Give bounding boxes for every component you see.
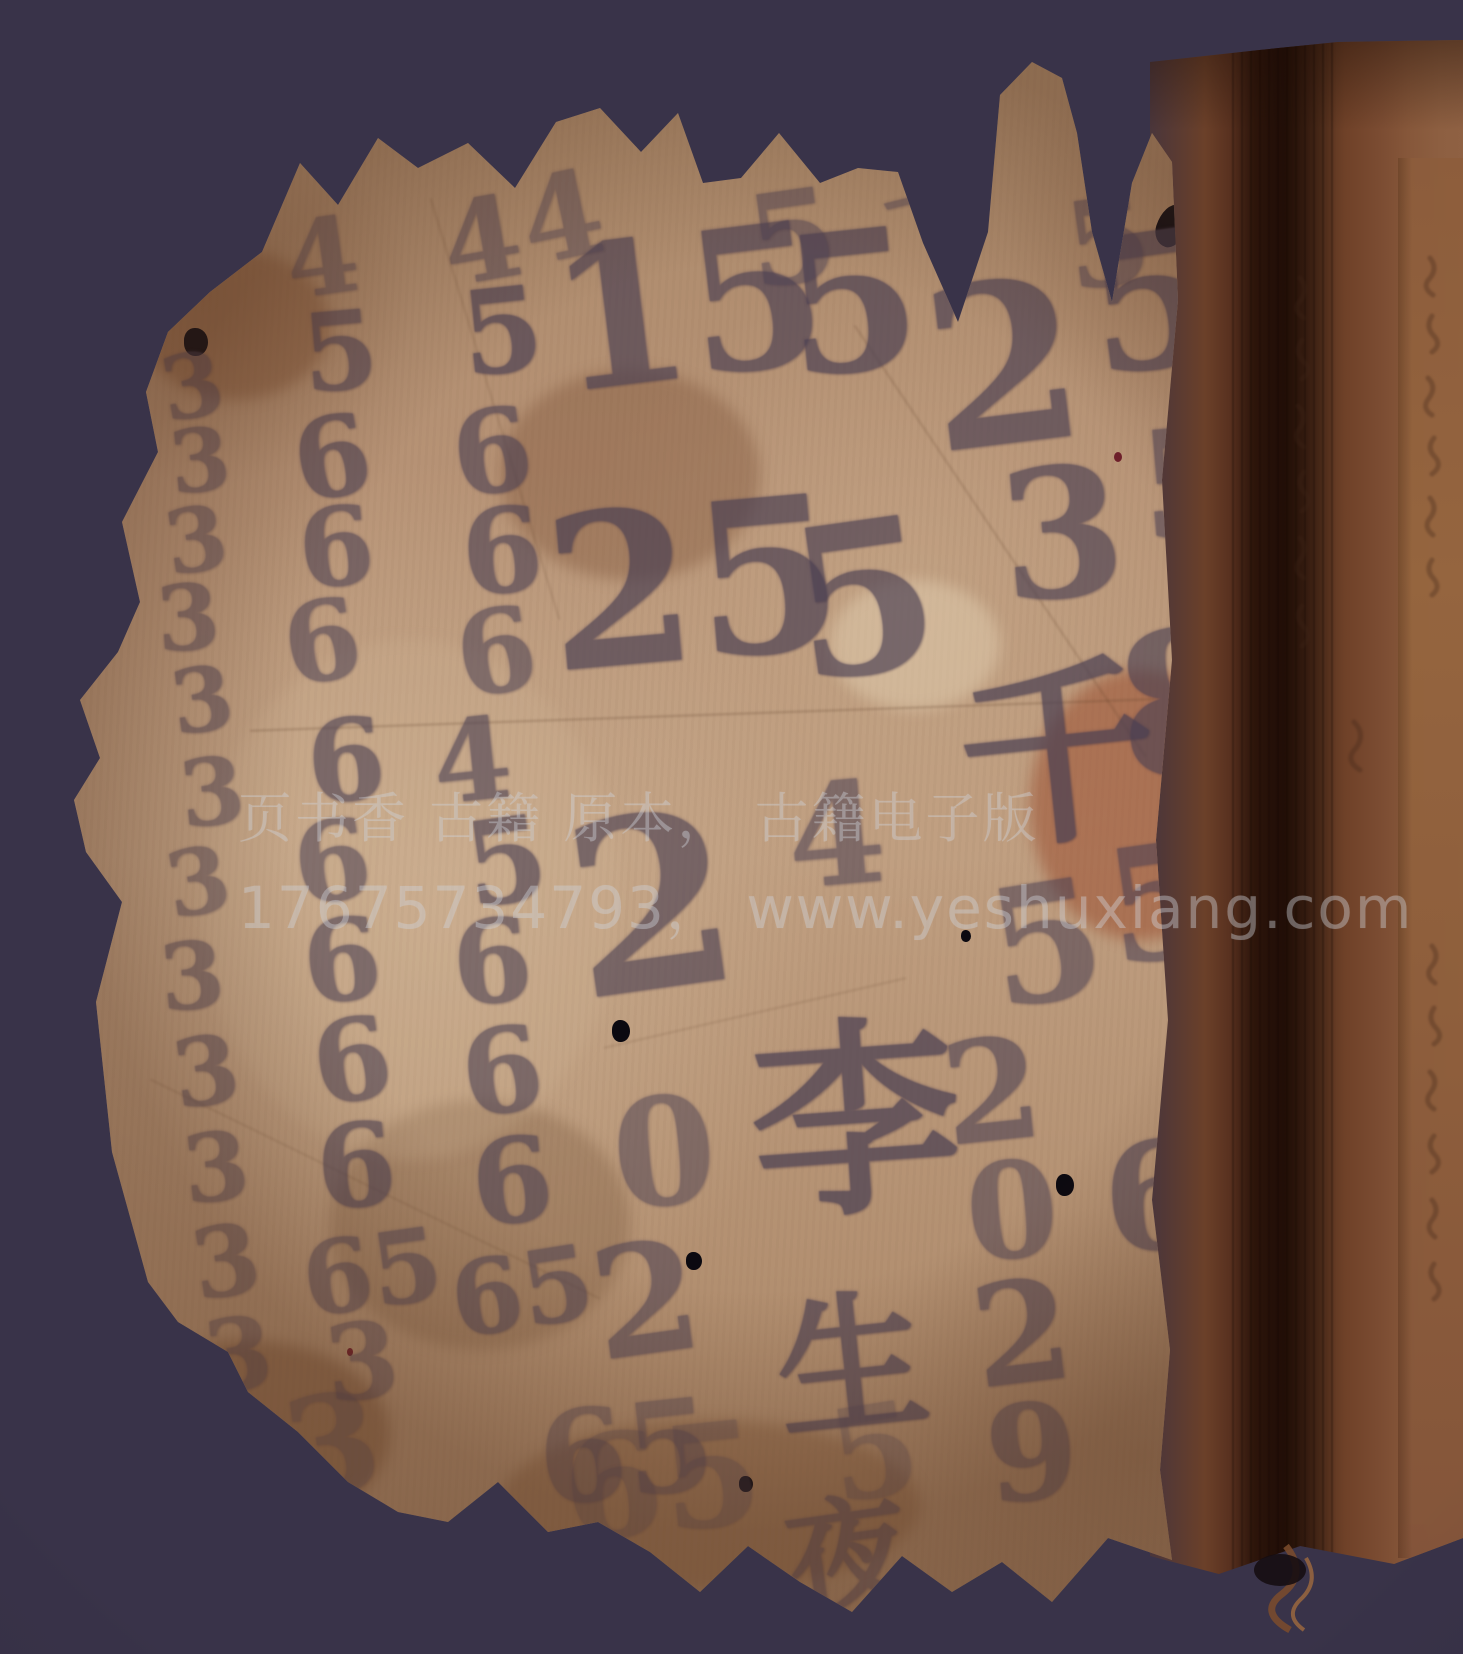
ink-glyph: 65 bbox=[532, 1380, 720, 1524]
paper-hole bbox=[686, 1252, 702, 1270]
ink-glyph: 2 bbox=[583, 1217, 709, 1382]
ink-glyph: 5 bbox=[458, 799, 554, 925]
ink-glyph: 6 bbox=[285, 397, 379, 519]
ink-glyph: 5 bbox=[1058, 179, 1157, 309]
paper-hole bbox=[184, 328, 208, 356]
faint-script-marks bbox=[1150, 40, 1463, 1600]
ink-glyph: 5 bbox=[978, 855, 1115, 1033]
ink-glyph: 3 bbox=[166, 652, 239, 748]
paper-crease bbox=[604, 977, 907, 1049]
ink-glyph: 0 bbox=[606, 1074, 721, 1230]
ink-glyph: 6 bbox=[312, 1106, 401, 1226]
ink-glyph: 3 bbox=[993, 440, 1132, 628]
ink-glyph: 千 bbox=[950, 648, 1165, 863]
ink-glyph: 一 bbox=[871, 139, 997, 265]
ink-glyph: 3 bbox=[154, 337, 230, 434]
paper-stain bbox=[330, 1100, 630, 1350]
paper-hole bbox=[961, 930, 971, 942]
ink-glyph: 6 bbox=[286, 802, 377, 922]
ink-glyph: 0 bbox=[960, 1142, 1063, 1282]
ink-glyph: 65 bbox=[296, 1213, 448, 1331]
ink-glyph: 6 bbox=[302, 703, 389, 821]
ink-glyph: 65 bbox=[556, 1401, 767, 1563]
ink-glyph: 3 bbox=[167, 1021, 245, 1123]
ink-glyph: 3 bbox=[321, 1307, 404, 1418]
ink-glyph: 3 bbox=[159, 492, 233, 588]
ink-glyph: 3 bbox=[179, 1118, 254, 1218]
ink-glyph: 2 bbox=[936, 1017, 1048, 1166]
ink-glyph: 65 bbox=[444, 1231, 600, 1354]
paper-stain bbox=[500, 1420, 920, 1590]
ink-glyph: 4 bbox=[510, 153, 613, 283]
ink-glyph: 6 bbox=[293, 490, 379, 605]
ink-glyph: 6 bbox=[448, 902, 537, 1022]
ink-glyph: 5 bbox=[776, 202, 929, 407]
ink-glyph: 6 bbox=[454, 1009, 550, 1135]
photo-stage: 3333333333334566666666653456664566665152… bbox=[0, 0, 1463, 1654]
ink-glyph: 5 bbox=[740, 170, 844, 307]
ink-glyph: 3 bbox=[186, 1209, 267, 1314]
ink-glyph: 3 bbox=[200, 1304, 276, 1408]
ink-glyph: 3 bbox=[159, 832, 236, 932]
ink-glyph: 3 bbox=[276, 1372, 389, 1520]
paper-stain bbox=[100, 1340, 390, 1530]
ink-glyph: 25 bbox=[538, 466, 850, 703]
paper-crease bbox=[150, 1079, 600, 1300]
ink-glyph: 6 bbox=[445, 390, 539, 514]
ink-glyph: 6 bbox=[297, 902, 386, 1022]
ink-glyph: 6 bbox=[276, 582, 369, 703]
ink-glyph: 4 bbox=[279, 201, 365, 314]
paper-stain bbox=[140, 250, 330, 400]
ink-glyph: 3 bbox=[156, 927, 228, 1024]
book-back-page bbox=[1150, 40, 1463, 1600]
ink-glyph: 5 bbox=[456, 270, 548, 394]
paper-hole bbox=[612, 1020, 630, 1042]
ink-glyph: 李 bbox=[745, 1011, 967, 1233]
paper-crease bbox=[854, 325, 1146, 757]
ink-glyph: 6 bbox=[466, 1120, 558, 1244]
ink-glyph: 夜 bbox=[779, 1487, 917, 1625]
ink-glyph: 2 bbox=[965, 1259, 1079, 1410]
ink-glyph: 4 bbox=[434, 180, 530, 304]
ink-glyph: 2 bbox=[914, 246, 1094, 485]
paper-stain bbox=[500, 370, 760, 580]
red-ink-speck bbox=[1114, 452, 1122, 462]
paper-crease bbox=[250, 698, 1155, 732]
ink-glyph: 4 bbox=[781, 762, 890, 910]
ink-glyph: 15 bbox=[541, 194, 836, 422]
ink-glyph: 5 bbox=[778, 487, 950, 713]
ink-glyph: 6 bbox=[457, 491, 548, 614]
ink-glyph: 2 bbox=[553, 777, 750, 1036]
ink-glyph: 3 bbox=[166, 416, 235, 508]
ink-glyph: 4 bbox=[427, 702, 516, 822]
ink-glyph: 5 bbox=[821, 1383, 927, 1521]
red-ink-speck bbox=[347, 1348, 353, 1356]
ink-glyph: 6 bbox=[305, 1001, 399, 1124]
ink-glyph: 5 bbox=[298, 295, 382, 409]
ink-glyph: 3 bbox=[175, 743, 248, 841]
paper-crease bbox=[430, 198, 561, 619]
binding-thread bbox=[1228, 1528, 1428, 1654]
ink-glyph: 6 bbox=[448, 589, 544, 714]
paper-hole bbox=[739, 1476, 753, 1492]
paper-highlight bbox=[200, 640, 620, 1160]
paper-hole bbox=[1056, 1174, 1074, 1196]
ink-glyph: 生 bbox=[770, 1284, 935, 1449]
ink-glyph: 9 bbox=[980, 1384, 1083, 1524]
paper-highlight bbox=[830, 580, 1000, 710]
ink-glyph: 3 bbox=[154, 571, 223, 665]
